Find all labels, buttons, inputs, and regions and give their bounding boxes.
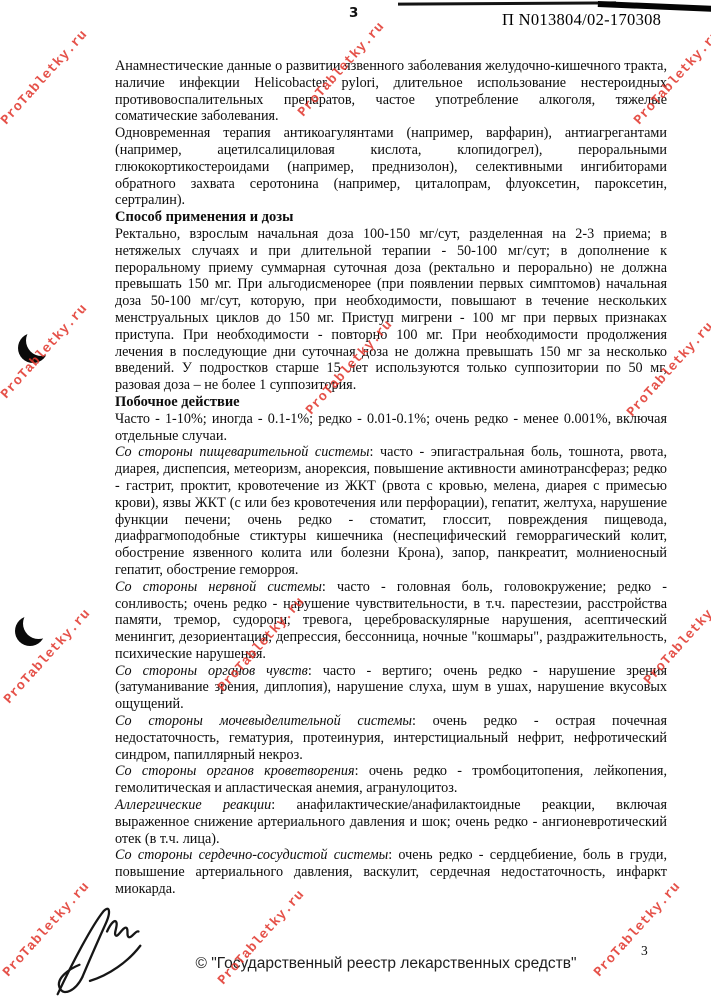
scan-artifact-crescent [18, 333, 48, 363]
side-effects-paragraph: Со стороны мочевыделительной системы: оч… [115, 713, 667, 763]
page-number-top: 3 [349, 5, 358, 21]
dosage-paragraph: Ректально, взрослым начальная доза 100-1… [115, 226, 667, 394]
document-page: 3 П N013804/02-170308 Анамнестические да… [0, 0, 711, 1000]
signature [46, 903, 151, 998]
scan-artifact-crescent [15, 616, 45, 646]
watermark-protabletky: ProTabletky.ru [216, 888, 309, 989]
side-effects-paragraph: Со стороны сердечно-сосудистой системы: … [115, 847, 667, 897]
side-effects-paragraph: Со стороны пищеварительной системы: част… [115, 444, 667, 578]
footer-copyright: © "Государственный реестр лекарственных … [178, 955, 594, 973]
page-number-bottom: 3 [641, 943, 648, 959]
side-effects-paragraph: Аллергические реакции: анафилактические/… [115, 797, 667, 847]
scan-border-line [398, 1, 616, 5]
registration-number: П N013804/02-170308 [502, 10, 661, 30]
intro-paragraph: Одновременная терапия антикоагулянтами (… [115, 125, 667, 209]
side-effects-frequency-paragraph: Часто - 1-10%; иногда - 0.1-1%; редко - … [115, 411, 667, 445]
side-effects-paragraph: Со стороны органов кроветворения: очень … [115, 763, 667, 797]
intro-paragraph: Анамнестические данные о развитии язвенн… [115, 58, 667, 125]
side-effects-paragraph: Со стороны нервной системы: часто - голо… [115, 579, 667, 663]
document-body: Анамнестические данные о развитии язвенн… [115, 58, 667, 898]
section-heading-side-effects: Побочное действие [115, 394, 667, 411]
watermark-protabletky: ProTabletky.ru [0, 28, 91, 129]
side-effects-paragraph: Со стороны органов чувств: часто - верти… [115, 663, 667, 713]
section-heading-dosage: Способ применения и дозы [115, 209, 667, 226]
